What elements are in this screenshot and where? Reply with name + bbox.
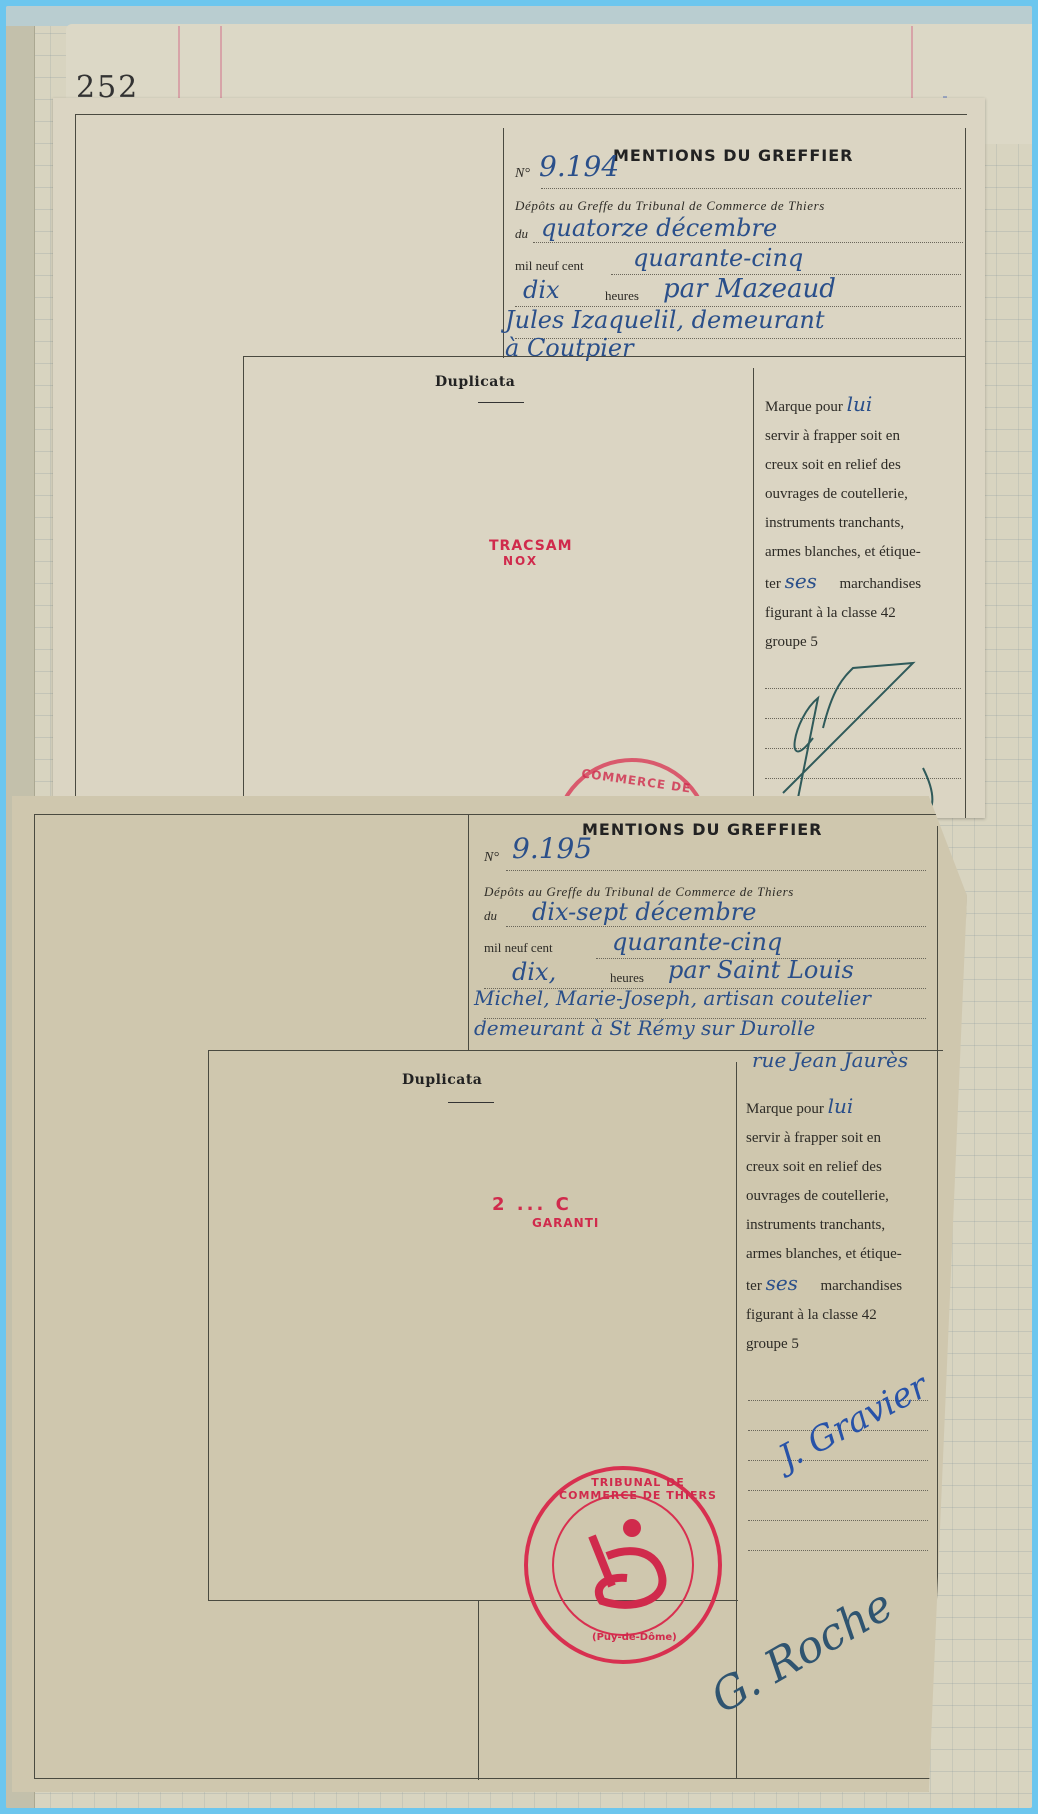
date-year: quarante-cinq	[612, 928, 782, 956]
marque-text: Marque pour lui servir à frapper soit en…	[765, 390, 955, 657]
trademark-stamp-sub: GARANTI	[532, 1216, 599, 1230]
seal-emblem-icon	[572, 1506, 682, 1616]
dotted-line	[748, 1550, 928, 1551]
duplicata-rule	[448, 1102, 494, 1103]
deposited-by: par Saint Louis	[668, 956, 854, 984]
classe-line: figurant à la classe 42	[765, 599, 955, 628]
depots-label: Dépôts au Greffe du Tribunal de Commerce…	[515, 198, 825, 214]
no-label: N°	[484, 850, 499, 866]
du-label: du	[515, 226, 528, 242]
duplicata-label: Duplicata	[402, 1072, 482, 1088]
no-label: N°	[515, 166, 530, 182]
marque-pour-label: Marque pour	[746, 1101, 824, 1117]
duplicata-border	[208, 1050, 209, 1600]
duplicata-divider	[753, 368, 754, 818]
date-day: quatorze décembre	[541, 214, 777, 242]
divider	[468, 814, 469, 1050]
trademark-stamp: 2 ... C	[492, 1194, 572, 1215]
marque-line: servir à frapper soit en	[746, 1124, 936, 1153]
heures-label: heures	[605, 288, 639, 304]
mil-label: mil neuf cent	[484, 940, 553, 956]
duplicata-rule	[478, 402, 524, 403]
duplicata-label: Duplicata	[435, 374, 515, 390]
registration-number: 9.195	[512, 832, 592, 865]
date-day: dix-sept décembre	[532, 898, 756, 926]
border	[34, 814, 35, 1779]
border	[34, 814, 939, 815]
duplicata-border	[243, 356, 965, 357]
ter-label: ter	[746, 1278, 762, 1294]
seal-text-top: TRIBUNAL DE COMMERCE DE THIERS	[558, 1476, 718, 1502]
marque-pour-value: lui	[847, 392, 873, 416]
divider	[478, 1600, 479, 1780]
classe-line: figurant à la classe 42	[746, 1301, 936, 1330]
ter-label: ter	[765, 576, 781, 592]
dotted-line	[748, 1490, 928, 1491]
registration-number: 9.194	[539, 150, 619, 183]
marque-pour-label: Marque pour	[765, 399, 843, 415]
marchandises-label: marchandises	[839, 576, 921, 592]
mentions-title: MENTIONS DU GREFFIER	[613, 146, 853, 165]
signature-gravier: J. Gravier	[772, 1366, 934, 1478]
trademark-stamp-sub: NOX	[503, 554, 538, 568]
depositor-line-1: Jules Izaquelil, demeurant	[505, 306, 825, 334]
dotted-line	[541, 188, 961, 189]
groupe-line: groupe 5	[765, 628, 955, 657]
marque-text: Marque pour lui servir à frapper soit en…	[746, 1092, 936, 1359]
border	[34, 1778, 939, 1779]
marque-line: ouvrages de coutellerie,	[765, 480, 955, 509]
marque-pour-value: lui	[828, 1094, 854, 1118]
marque-line: servir à frapper soit en	[765, 422, 955, 451]
date-year: quarante-cinq	[633, 244, 803, 272]
marchandises-label: marchandises	[820, 1278, 902, 1294]
hour-value: dix,	[512, 958, 556, 986]
mentions-title: MENTIONS DU GREFFIER	[582, 820, 822, 839]
heures-label: heures	[610, 970, 644, 986]
marque-line: creux soit en relief des	[746, 1153, 936, 1182]
dotted-line	[748, 1520, 928, 1521]
groupe-line: groupe 5	[746, 1330, 936, 1359]
duplicata-border	[243, 356, 244, 818]
marque-line: armes blanches, et étique-	[765, 538, 955, 567]
dotted-line	[748, 1460, 928, 1461]
signature-roche: G. Roche	[703, 1579, 902, 1723]
deposited-by: par Mazeaud	[663, 274, 836, 304]
marque-line: instruments tranchants,	[765, 509, 955, 538]
depositor-line-3: rue Jean Jaurès	[752, 1048, 908, 1072]
ter-value: ses	[785, 569, 817, 593]
hour-value: dix	[523, 276, 560, 304]
depositor-line-1: Michel, Marie-Joseph, artisan coutelier	[474, 986, 871, 1010]
du-label: du	[484, 908, 497, 924]
photo-frame: 252 MENTIONS DU GREFFIER N° 9.194 Dépôts…	[6, 6, 1032, 1808]
border	[75, 114, 76, 814]
duplicata-border	[208, 1050, 943, 1051]
signature-icon	[773, 658, 953, 818]
depositor-line-2: à Coutpier	[505, 334, 634, 362]
trademark-stamp: TRACSAM	[489, 538, 573, 554]
depositor-line-2: demeurant à St Rémy sur Durolle	[474, 1016, 815, 1040]
marque-line: ouvrages de coutellerie,	[746, 1182, 936, 1211]
marque-line: instruments tranchants,	[746, 1211, 936, 1240]
marque-line: armes blanches, et étique-	[746, 1240, 936, 1269]
marque-line: creux soit en relief des	[765, 451, 955, 480]
dotted-line	[506, 926, 926, 927]
ter-value: ses	[766, 1271, 798, 1295]
seal-text-bottom: (Puy-de-Dôme)	[592, 1632, 677, 1643]
deposit-card-9195: MENTIONS DU GREFFIER N° 9.195 Dépôts au …	[12, 796, 967, 1792]
deposit-card-9194: MENTIONS DU GREFFIER N° 9.194 Dépôts au …	[53, 98, 985, 818]
mil-label: mil neuf cent	[515, 258, 584, 274]
divider	[503, 128, 504, 358]
dotted-line	[506, 870, 926, 871]
border	[965, 128, 966, 818]
dotted-line	[533, 242, 963, 243]
border	[75, 114, 967, 115]
